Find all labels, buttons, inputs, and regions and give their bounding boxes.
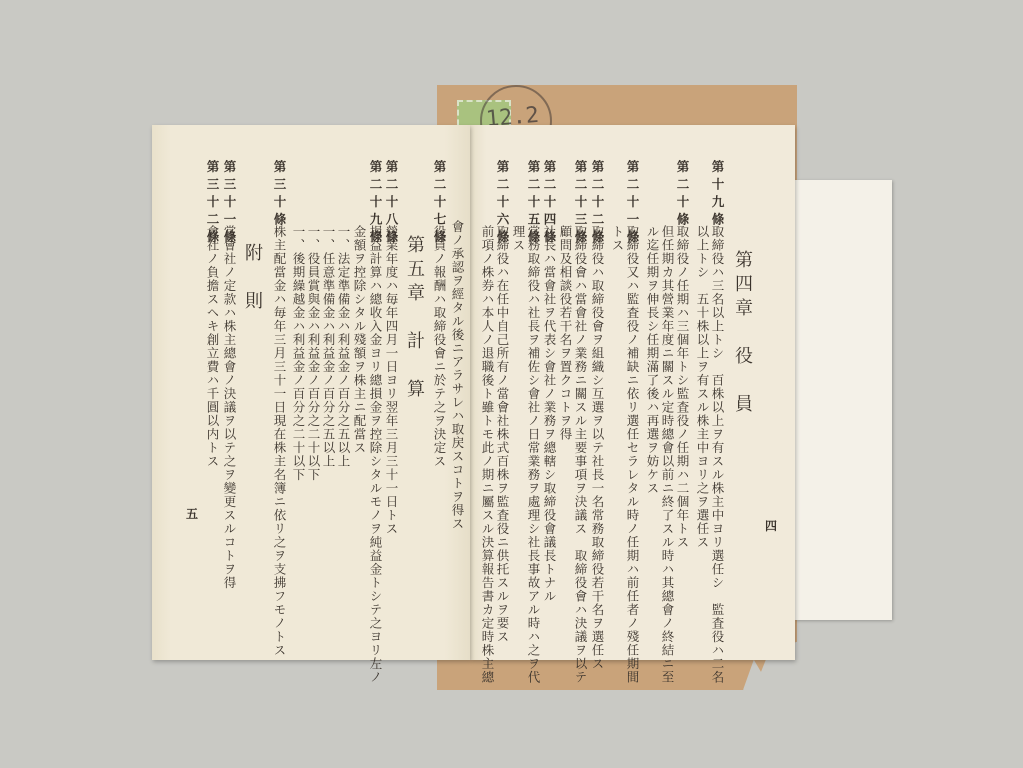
left-page: 會ノ承認ヲ經タル後ニアラサレハ取戻スコトヲ得ス 第二十七條 役員ノ報酬ハ取締役會… (152, 125, 470, 660)
list-item: 一、役員賞與金ハ利益金ノ百分之二十以下 (306, 225, 321, 482)
article-text: 取締役ノ任期ハ三個年トシ監査役ノ任期ハ二個年トス (675, 225, 690, 549)
article-text: 營業年度ハ毎年四月一日ヨリ翌年三月三十一日トス (384, 225, 399, 536)
article-text: ル迄任期ヲ伸長シ任期滿了後ハ再選ヲ妨ケス (645, 225, 660, 495)
right-page: 第四章 役 員 第十九條 取締役ハ三名以上トシ 百株以上ヲ有スル株主中ヨリ選任シ… (470, 125, 795, 660)
article-text: 取締役ハ在任中自己所有ノ當會社株式百株ヲ監査役ニ供托スルヲ要ス (495, 225, 510, 644)
article-text: 前項ノ株券ハ本人ノ退職後ト雖トモ此ノ期ニ屬スル決算報告書カ定時株主總 (480, 225, 495, 684)
article-text: 會ノ承認ヲ經タル後ニアラサレハ取戻スコトヲ得ス (450, 220, 465, 531)
article-label: 第二十條 (675, 160, 690, 230)
article-text: 顧問及相談役若干名ヲ置クコトヲ得 (558, 225, 573, 441)
article-text: 但任期カ其營業年度ニ關スル定時總會以前ニ終了スル時ハ其總會ノ終結ニ至 (660, 225, 675, 684)
article-text: 取締役ハ取締役會ヲ組織シ互選ヲ以テ社長一名常務取締役若干名ヲ選任ス (590, 225, 605, 671)
list-item: 一、任意準備金ハ利益金ノ百分之五以上 (321, 225, 336, 468)
article-text: 理ス (511, 225, 526, 252)
article-label: 第十九條 (710, 160, 725, 230)
blank-card (795, 180, 892, 620)
article-text: 取締役ハ三名以上トシ 百株以上ヲ有スル株主中ヨリ選任シ 監査役ハ二名 (710, 225, 725, 684)
chapter-heading: 第四章 役 員 (735, 250, 750, 418)
list-item: 一、後期繰越金ハ利益金ノ百分之二十以下 (291, 225, 306, 482)
article-text: トス (610, 225, 625, 252)
article-text: 會社ノ負擔スヘキ創立費ハ千圓以内トス (205, 225, 220, 468)
article-label: 第三十條 (272, 160, 287, 230)
article-text: 社長ハ當會社ヲ代表シ會社ノ業務ヲ總轄シ取締役會議長トナル (542, 225, 557, 603)
chapter-heading: 第五章 計 算 (407, 235, 422, 403)
article-text: 株主配當金ハ毎年三月三十一日現在株主名簿ニ依リ之ヲ支拂フモノトス (272, 225, 287, 657)
article-text: 以上トシ 五十株以上ヲ有スル株主中ヨリ之ヲ選任ス (695, 225, 710, 549)
page-number: 四 (765, 517, 777, 534)
list-item: 一、法定準備金ハ利益金ノ百分之五以上 (336, 225, 351, 468)
article-text: 損益計算ハ總收入金ヨリ總損金ヲ控除シタルモノヲ純益金トシテ之ヨリ左ノ (368, 225, 383, 684)
article-text: 金額ヲ控除シタル殘額ヲ株主ニ配當ス (352, 225, 367, 455)
appendix-heading: 附 則 (245, 243, 260, 315)
article-text: 役員ノ報酬ハ取締役會ニ於テ之ヲ決定ス (432, 225, 447, 468)
article-text: 常務取締役ハ社長ヲ補佐シ會社ノ日常業務ヲ處理シ社長事故アル時ハ之ヲ代 (526, 225, 541, 684)
article-text: 取締役又ハ監査役ノ補缺ニ依リ選任セラレタル時ノ任期ハ前任者ノ殘任期間 (625, 225, 640, 684)
page-number: 五 (186, 505, 198, 522)
article-text: 取締役會ハ當會社ノ業務ニ關スル主要事項ヲ決議ス 取締役會ハ決議ヲ以テ (573, 225, 588, 684)
article-text: 當會社ノ定款ハ株主總會ノ決議ヲ以テ之ヲ變更スルコトヲ得 (222, 225, 237, 590)
